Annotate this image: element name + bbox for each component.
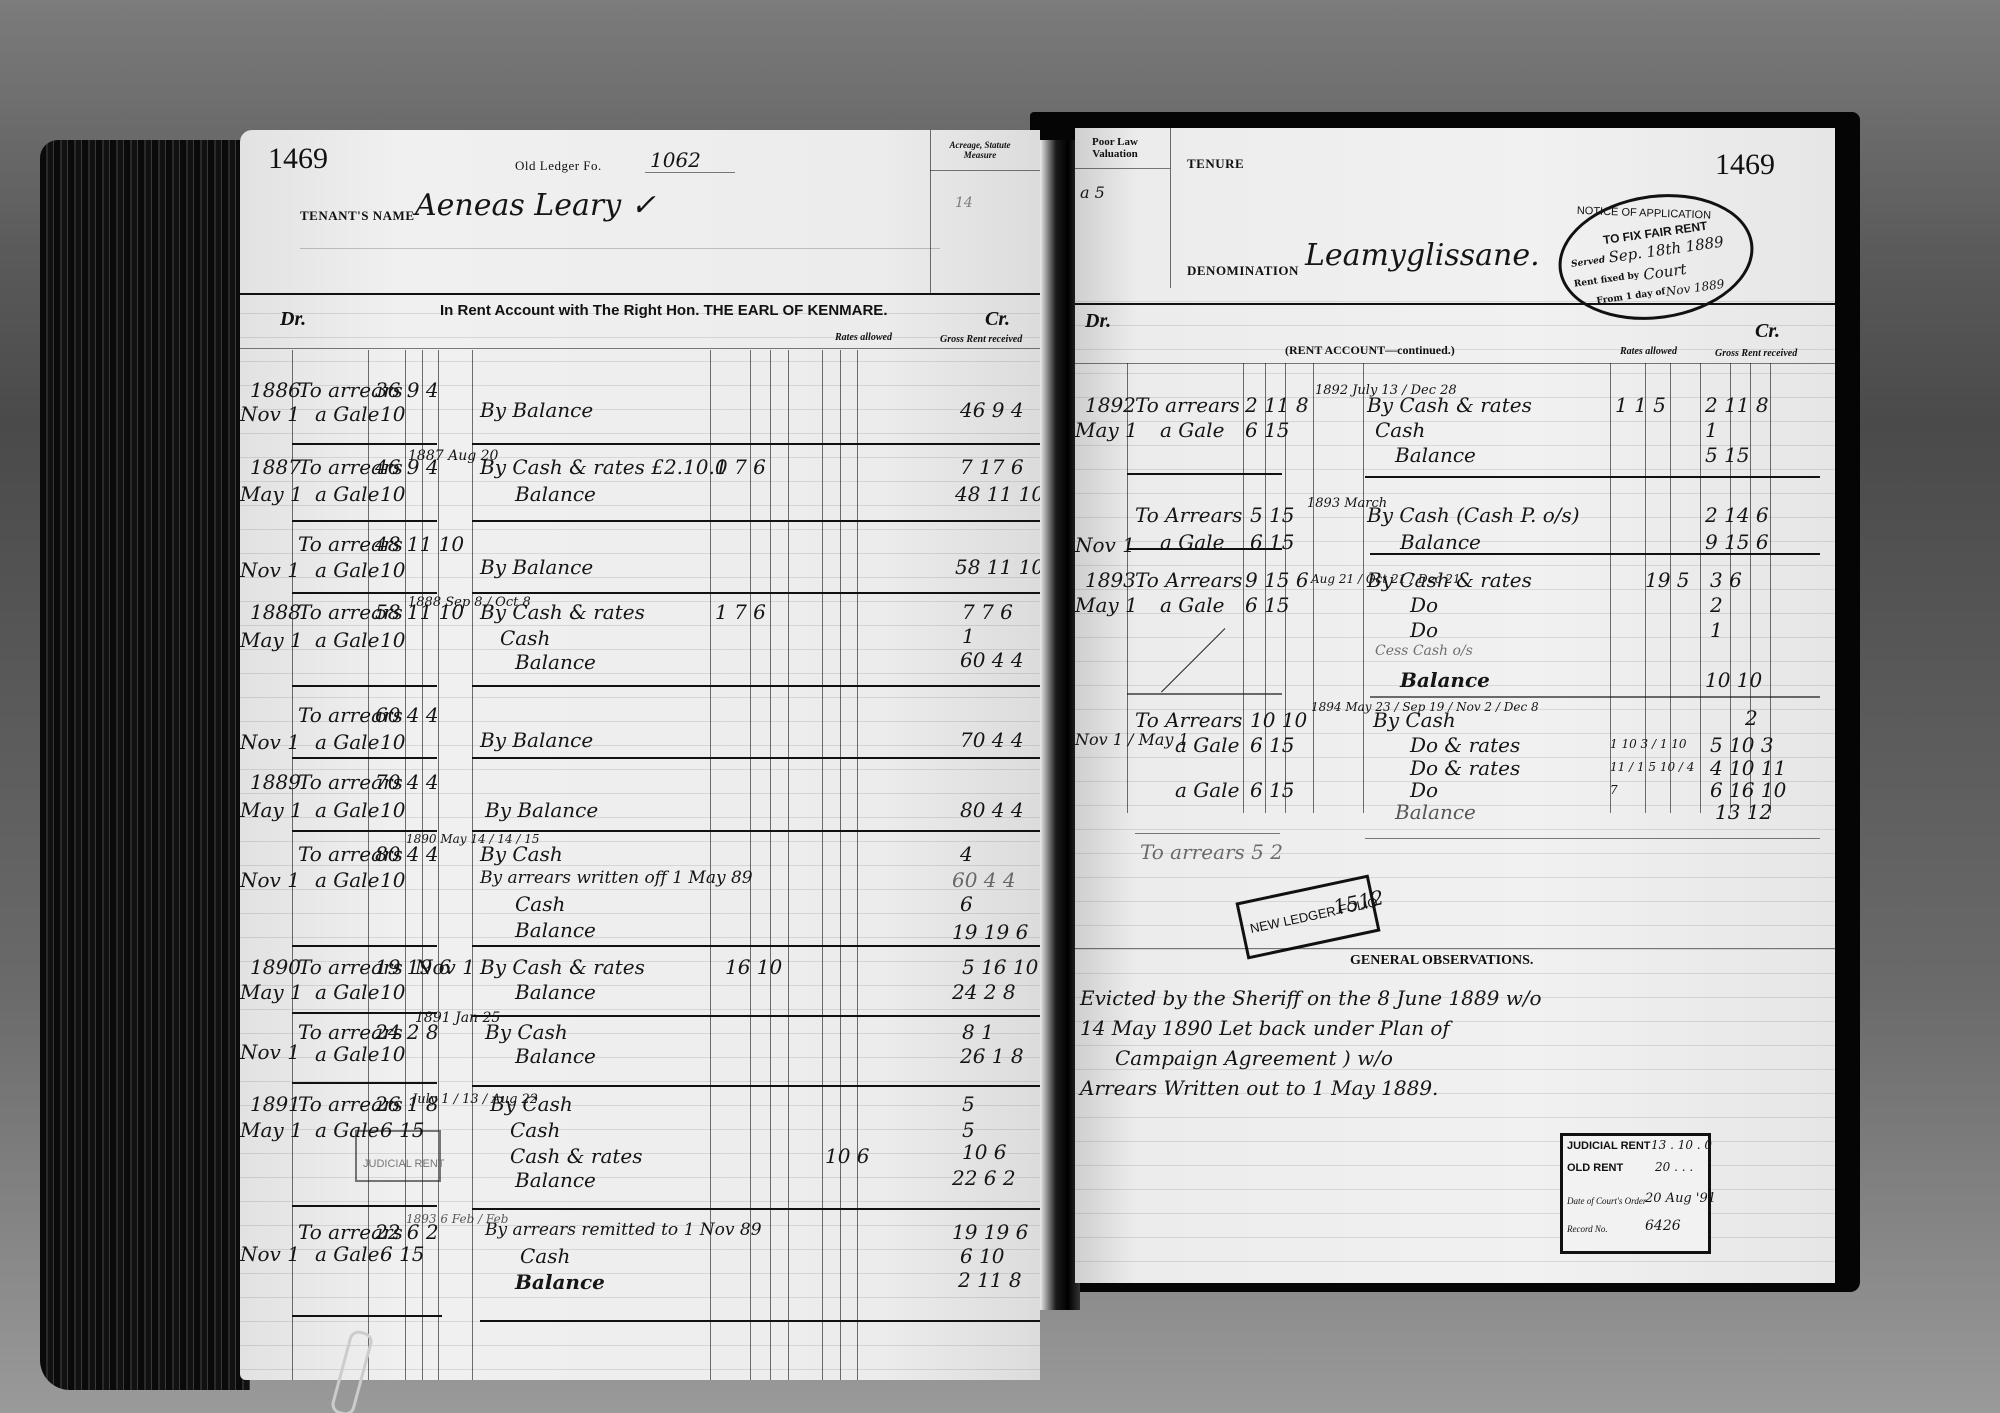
credit-label: Cr. (985, 308, 1010, 331)
general-observations-heading: GENERAL OBSERVATIONS. (1350, 953, 1533, 969)
folio-number-right: 1469 (1715, 148, 1775, 182)
denomination-value: Leamyglissane. (1305, 238, 1540, 273)
acreage-value: 14 (955, 195, 973, 211)
gross-rent-header: Gross Rent received (940, 334, 1022, 345)
carried-forward-arrears: To arrears 5 2 (1140, 840, 1283, 864)
book-page-edges (40, 140, 250, 1390)
credit-label-right: Cr. (1755, 320, 1780, 343)
tenant-name: Aeneas Leary ✓ (415, 188, 656, 223)
judicial-rent-stamp: JUDICIAL RENT (355, 1130, 441, 1182)
poor-law-value: a 5 (1080, 183, 1105, 202)
left-page: 1469 Old Ledger Fo. 1062 TENANT'S NAME A… (240, 130, 1040, 1380)
debit-label-right: Dr. (1085, 310, 1111, 333)
tenant-name-label: TENANT'S NAME (300, 208, 415, 224)
gross-rent-header-right: Gross Rent received (1715, 348, 1797, 359)
debit-label: Dr. (280, 308, 306, 331)
rates-allowed-header-right: Rates allowed (1620, 346, 1677, 357)
right-page: Poor Law Valuation a 5 TENURE 1469 DENOM… (1075, 128, 1835, 1283)
rates-allowed-header: Rates allowed (835, 332, 892, 343)
account-continued-heading: (RENT ACCOUNT—continued.) (1285, 343, 1455, 358)
judicial-rent-box: JUDICIAL RENT 13 . 10 . 0 OLD RENT 20 . … (1560, 1133, 1711, 1254)
tenure-label: TENURE (1187, 156, 1244, 172)
account-heading: In Rent Account with The Right Hon. THE … (440, 302, 887, 319)
acreage-label: Acreage, Statute Measure (940, 140, 1020, 160)
old-ledger-value: 1062 (650, 148, 701, 172)
poor-law-label: Poor Law Valuation (1080, 136, 1150, 160)
denomination-label: DENOMINATION (1187, 263, 1299, 279)
old-ledger-label: Old Ledger Fo. (515, 158, 602, 174)
folio-number: 1469 (268, 142, 328, 176)
book-gutter (1040, 140, 1080, 1310)
